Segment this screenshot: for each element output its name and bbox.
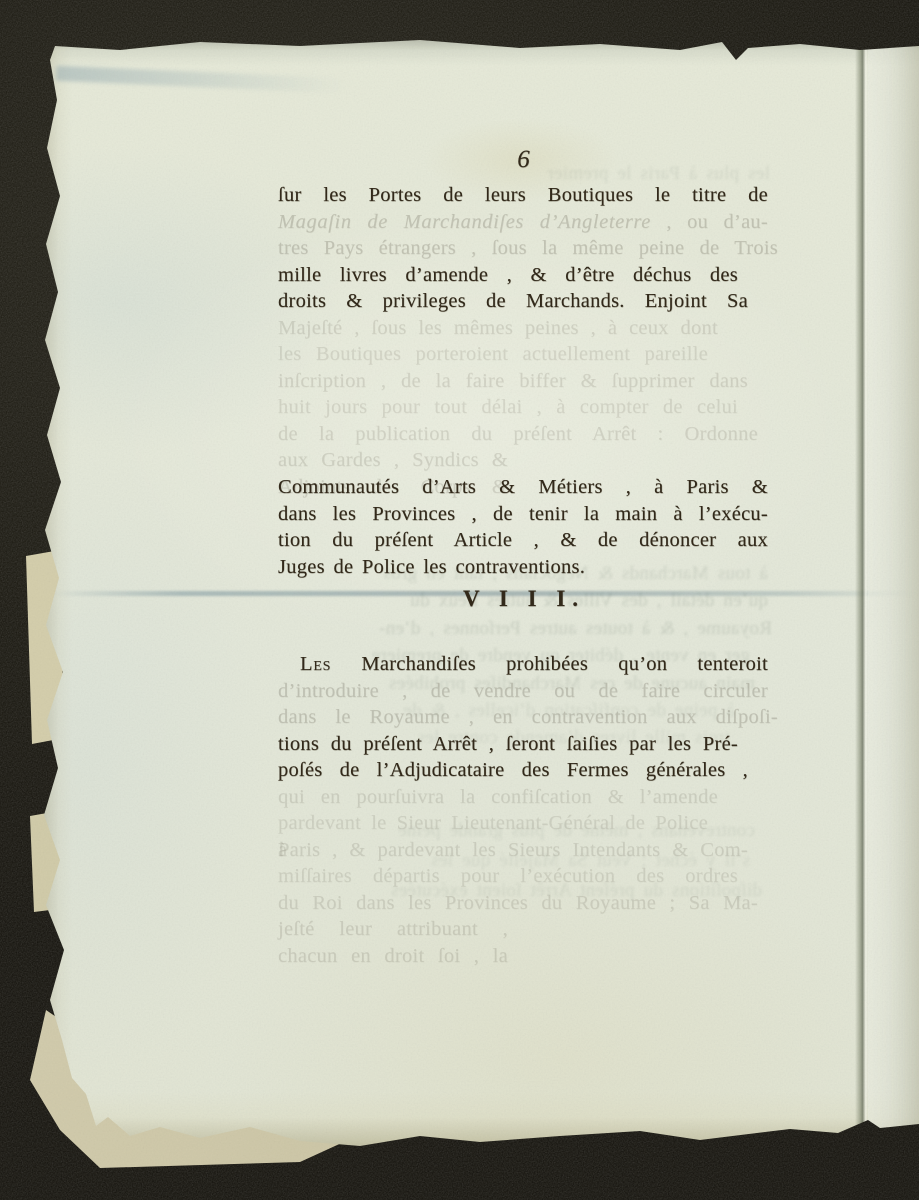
text-line: de la publication du préſent Arrêt : Ord…	[278, 421, 758, 448]
text-line: du Roi dans les Provinces du Royaume ; S…	[278, 890, 758, 917]
text-line: tion du préſent Article , & de dénoncer …	[278, 527, 768, 554]
text-line: les Boutiques porteroient actuellement p…	[278, 341, 708, 368]
text-line: Majeſté , ſous les mêmes peines , à ceux…	[278, 315, 718, 342]
text-line: huit jours pour tout délai , à compter d…	[278, 394, 738, 421]
text-line: tres Pays étrangers , ſous la même peine…	[278, 235, 778, 262]
paragraph-1: ſur les Portes de leurs Boutiques le tit…	[278, 182, 768, 580]
text-line: ſur les Portes de leurs Boutiques le tit…	[278, 182, 768, 209]
text-line: Paris , & pardevant les Sieurs Intendant…	[278, 837, 748, 864]
page-number: 6	[274, 146, 774, 174]
text-line: dans le Royaume , en contravention aux d…	[278, 704, 778, 731]
text-line: jeſté leur attribuant , chacun en droit …	[278, 916, 508, 943]
text-line: d’introduire , de vendre ou de faire cir…	[278, 678, 768, 705]
text-line: dans les Provinces , de tenir la main à …	[278, 501, 768, 528]
text-line: Juges de Police les contraventions.	[278, 554, 768, 581]
text-line: poſés de l’Adjudicataire des Fermes géné…	[278, 757, 748, 784]
printed-text: 6 ſur les Portes de leurs Boutiques le t…	[0, 0, 919, 1200]
text-line: droits & privileges de Marchands. Enjoin…	[278, 288, 748, 315]
text-line: qui en pourſuivra la confiſcation & l’am…	[278, 784, 718, 811]
section-heading: V I I I.	[274, 586, 774, 612]
text-line: miſſaires départis pour l’exécution des …	[278, 863, 738, 890]
text-line: Les Marchandiſes prohibées qu’on tentero…	[278, 651, 768, 678]
text-line: tions du préſent Arrêt , ſeront ſaiſies …	[278, 731, 738, 758]
text-line: aux Gardes , Syndics & Adjoints des Corp…	[278, 447, 508, 474]
text-line: pardevant le Sieur Lieutenant-Général de…	[278, 810, 708, 837]
paragraph-2: Les Marchandiſes prohibées qu’on tentero…	[278, 651, 768, 943]
scanned-document: à tous Marchands & Négocians , tant en g…	[0, 0, 919, 1200]
document-page: à tous Marchands & Négocians , tant en g…	[0, 0, 919, 1200]
text-line: inſcription , de la faire biffer & ſuppr…	[278, 368, 748, 395]
text-line: mille livres d’amende , & d’être déchus …	[278, 262, 738, 289]
text-line: Magaſin de Marchandiſes d’Angleterre , o…	[278, 209, 768, 236]
